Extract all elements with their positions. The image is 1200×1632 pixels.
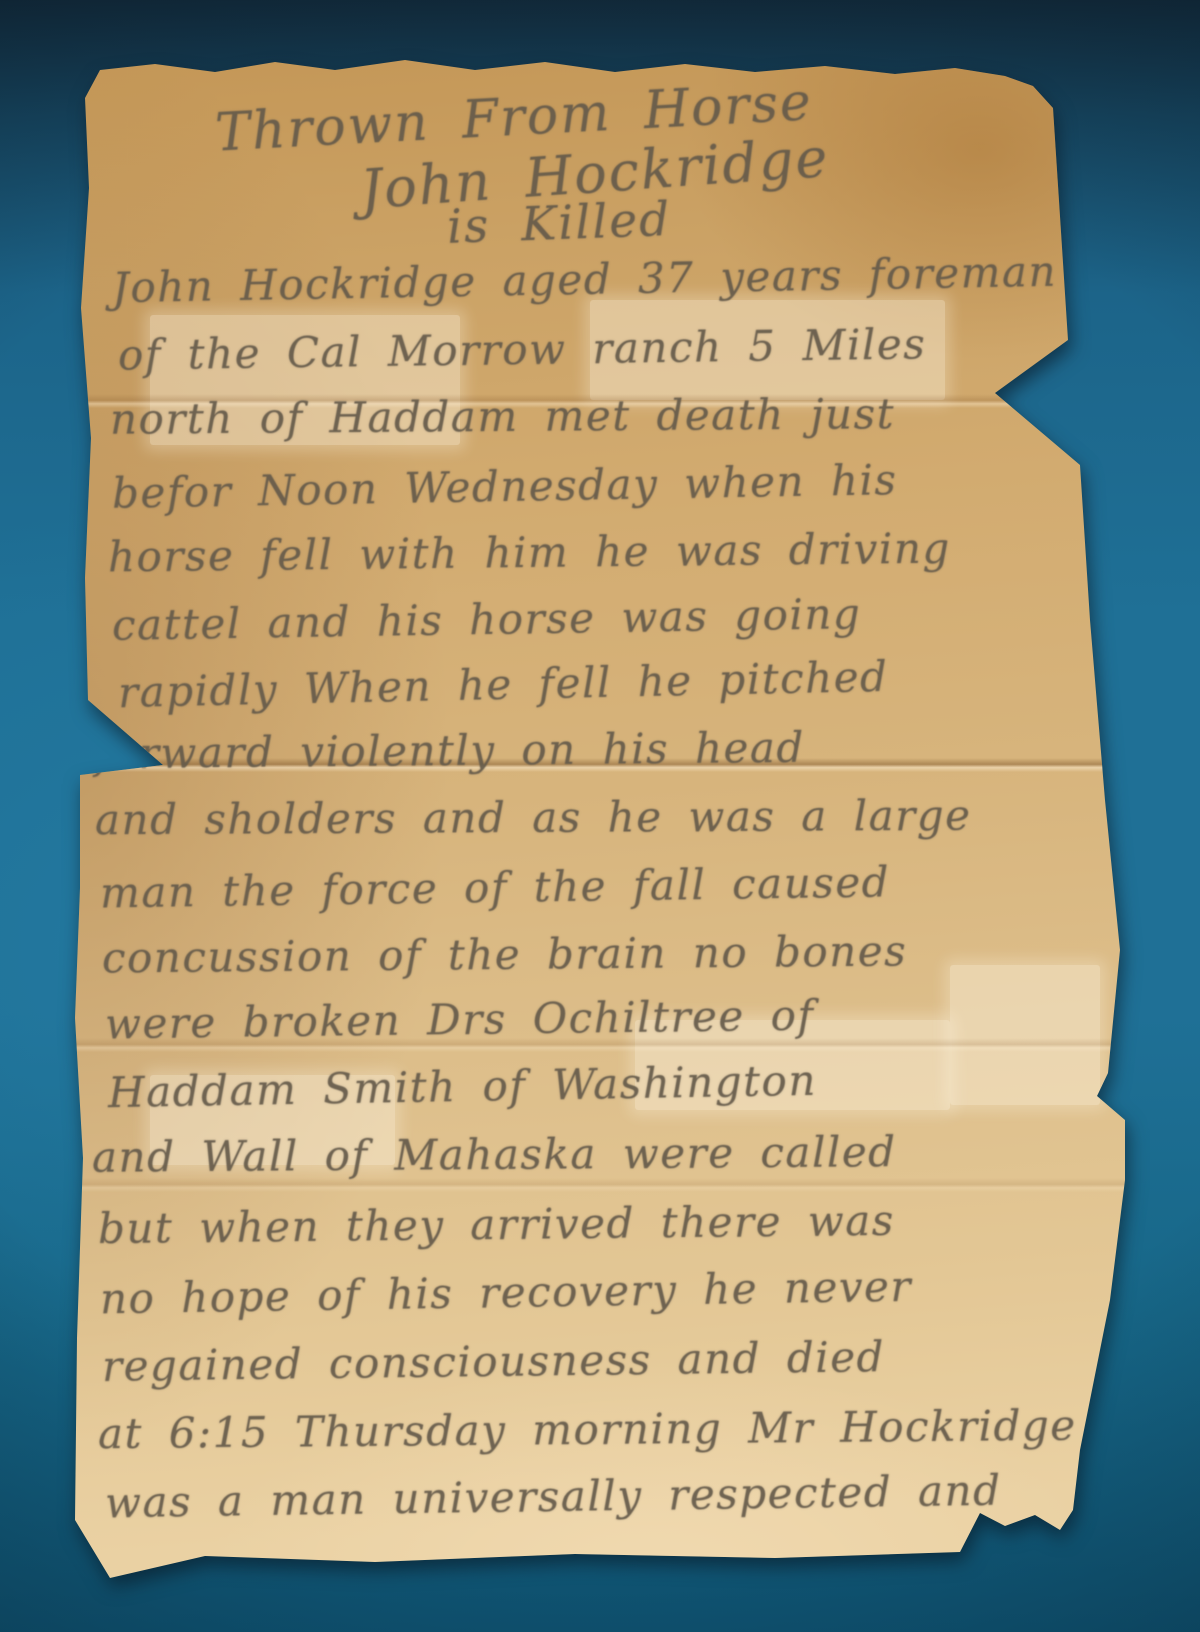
handwritten-line: man the force of the fall caused	[100, 857, 891, 917]
tape-patch	[950, 965, 1100, 1105]
photo-background: Thrown From Horse John Hockridge is Kill…	[0, 0, 1200, 1632]
letter-paper: Thrown From Horse John Hockridge is Kill…	[75, 58, 1127, 1580]
headline-line: is Killed	[446, 192, 672, 255]
handwritten-line: no hope of his recovery he never	[100, 1262, 913, 1324]
handwritten-line: regained consciousness and died	[102, 1332, 885, 1391]
handwritten-line: and sholders and as he was a large	[95, 791, 972, 845]
handwritten-line: but when they arrived there was	[98, 1196, 895, 1253]
handwritten-line: concussion of the brain no bones	[102, 926, 908, 982]
handwritten-line: at 6:15 Thursday morning Mr Hockridge	[98, 1401, 1077, 1459]
handwritten-line: was a man universally respected and	[105, 1466, 1002, 1528]
handwritten-line: rapidly When he fell he pitched	[118, 652, 889, 717]
handwritten-line: north of Haddam met death just	[110, 389, 895, 443]
handwritten-line: and Wall of Mahaska were called	[92, 1127, 897, 1182]
handwritten-line: were broken Drs Ochiltree of	[105, 991, 815, 1049]
handwritten-line: horse fell with him he was driving	[108, 524, 951, 582]
handwritten-line: forward violently on his head	[95, 723, 805, 778]
handwritten-line: cattel and his horse was going	[112, 589, 862, 650]
handwritten-line: befor Noon Wednesday when his	[112, 455, 898, 518]
paper-surface: Thrown From Horse John Hockridge is Kill…	[75, 58, 1127, 1580]
